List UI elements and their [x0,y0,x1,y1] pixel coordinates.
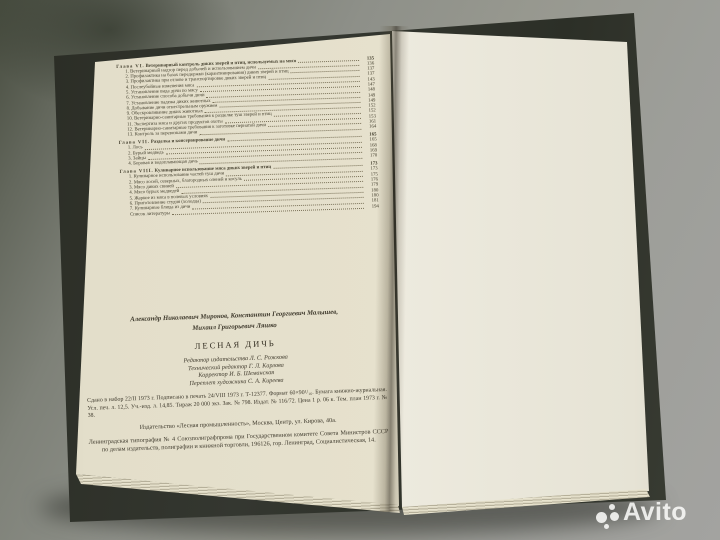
table-of-contents: Глава VI.Ветеринарный контроль диких зве… [116,53,379,217]
toc-entry-label: 4. Боровая и водоплавающая дичь [128,160,198,168]
avito-logo-dot-icon [604,524,609,529]
colophon-block: Александр Николаевич Миронов, Константин… [84,305,389,454]
avito-logo-dot-icon [609,504,615,510]
toc-page-number: 170 [364,154,377,160]
avito-watermark: Avito [596,504,716,538]
toc-page-number: 194 [366,204,379,210]
avito-logo-dot-icon [610,512,619,521]
imprint-paragraph: Сдано в набор 22/II 1973 г. Подписано в … [87,387,388,420]
toc-page-number: 164 [363,125,376,131]
avito-logo-dot-icon [596,512,607,523]
book-photo: Глава VI.Ветеринарный контроль диких зве… [0,0,720,540]
toc-entry-label: 13. Контроль за перевозками дичи [127,131,197,139]
avito-watermark-text: Avito [623,498,687,527]
